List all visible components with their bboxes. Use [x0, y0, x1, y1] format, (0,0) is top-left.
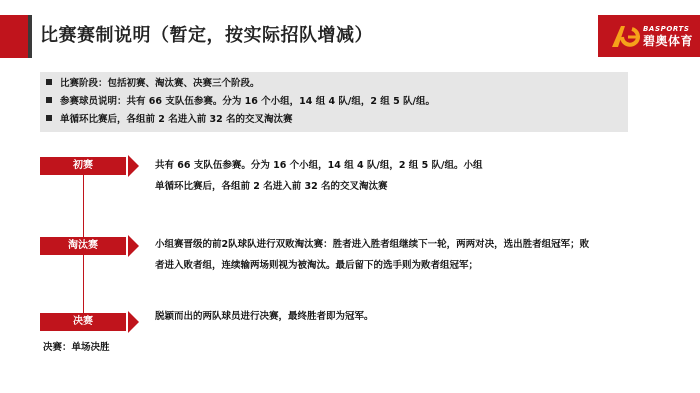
stage-label: 决赛 — [40, 313, 126, 331]
summary-box: 比赛阶段：包括初赛、淘汰赛、决赛三个阶段。 参赛球员说明：共有 66 支队伍参赛… — [40, 72, 628, 132]
description-line: 者进入败者组，连续输两场则视为被淘汰。最后留下的选手则为败者组冠军； — [155, 255, 589, 276]
stage-description: 共有 66 支队伍参赛。分为 16 个小组，14 组 4 队/组，2 组 5 队… — [155, 155, 483, 197]
stage-description: 脱颖而出的两队球员进行决赛，最终胜者即为冠军。 — [155, 306, 374, 327]
description-line: 共有 66 支队伍参赛。分为 16 个小组，14 组 4 队/组，2 组 5 队… — [155, 155, 483, 176]
final-footnote: 决赛：单场决胜 — [43, 339, 110, 353]
brand-logo: BASPORTS 碧奥体育 — [598, 15, 700, 57]
arrow-right-icon — [128, 155, 139, 177]
title-accent-strip — [28, 15, 32, 58]
stage-description: 小组赛晋级的前2队球队进行双败淘汰赛：胜者进入胜者组继续下一轮，两两对决，选出胜… — [155, 234, 589, 276]
square-bullet-icon — [46, 79, 52, 85]
arrow-right-icon — [128, 235, 139, 257]
basports-logo-icon — [610, 23, 640, 49]
square-bullet-icon — [46, 97, 52, 103]
stage-final: 决赛 — [40, 313, 140, 331]
page-title: 比赛赛制说明（暂定，按实际招队增减） — [40, 21, 373, 51]
square-bullet-icon — [46, 115, 52, 121]
logo-english-text: BASPORTS — [643, 26, 693, 33]
summary-item: 单循环比赛后，各组前 2 名进入前 32 名的交叉淘汰赛 — [46, 113, 293, 127]
stage-preliminary: 初赛 — [40, 157, 140, 175]
summary-item-text: 比赛阶段：包括初赛、淘汰赛、决赛三个阶段。 — [60, 78, 260, 89]
stage-label: 淘汰赛 — [40, 237, 126, 255]
summary-item: 参赛球员说明：共有 66 支队伍参赛。分为 16 个小组，14 组 4 队/组，… — [46, 95, 435, 109]
stage-knockout: 淘汰赛 — [40, 237, 140, 255]
arrow-right-icon — [128, 311, 139, 333]
summary-item-text: 参赛球员说明：共有 66 支队伍参赛。分为 16 个小组，14 组 4 队/组，… — [60, 96, 435, 107]
description-line: 脱颖而出的两队球员进行决赛，最终胜者即为冠军。 — [155, 306, 374, 327]
summary-item: 比赛阶段：包括初赛、淘汰赛、决赛三个阶段。 — [46, 77, 260, 91]
title-accent-bar — [0, 15, 28, 58]
logo-chinese-text: 碧奥体育 — [643, 35, 693, 47]
summary-item-text: 单循环比赛后，各组前 2 名进入前 32 名的交叉淘汰赛 — [60, 114, 293, 125]
stage-label: 初赛 — [40, 157, 126, 175]
description-line: 单循环比赛后，各组前 2 名进入前 32 名的交叉淘汰赛 — [155, 176, 483, 197]
description-line: 小组赛晋级的前2队球队进行双败淘汰赛：胜者进入胜者组继续下一轮，两两对决，选出胜… — [155, 234, 589, 255]
